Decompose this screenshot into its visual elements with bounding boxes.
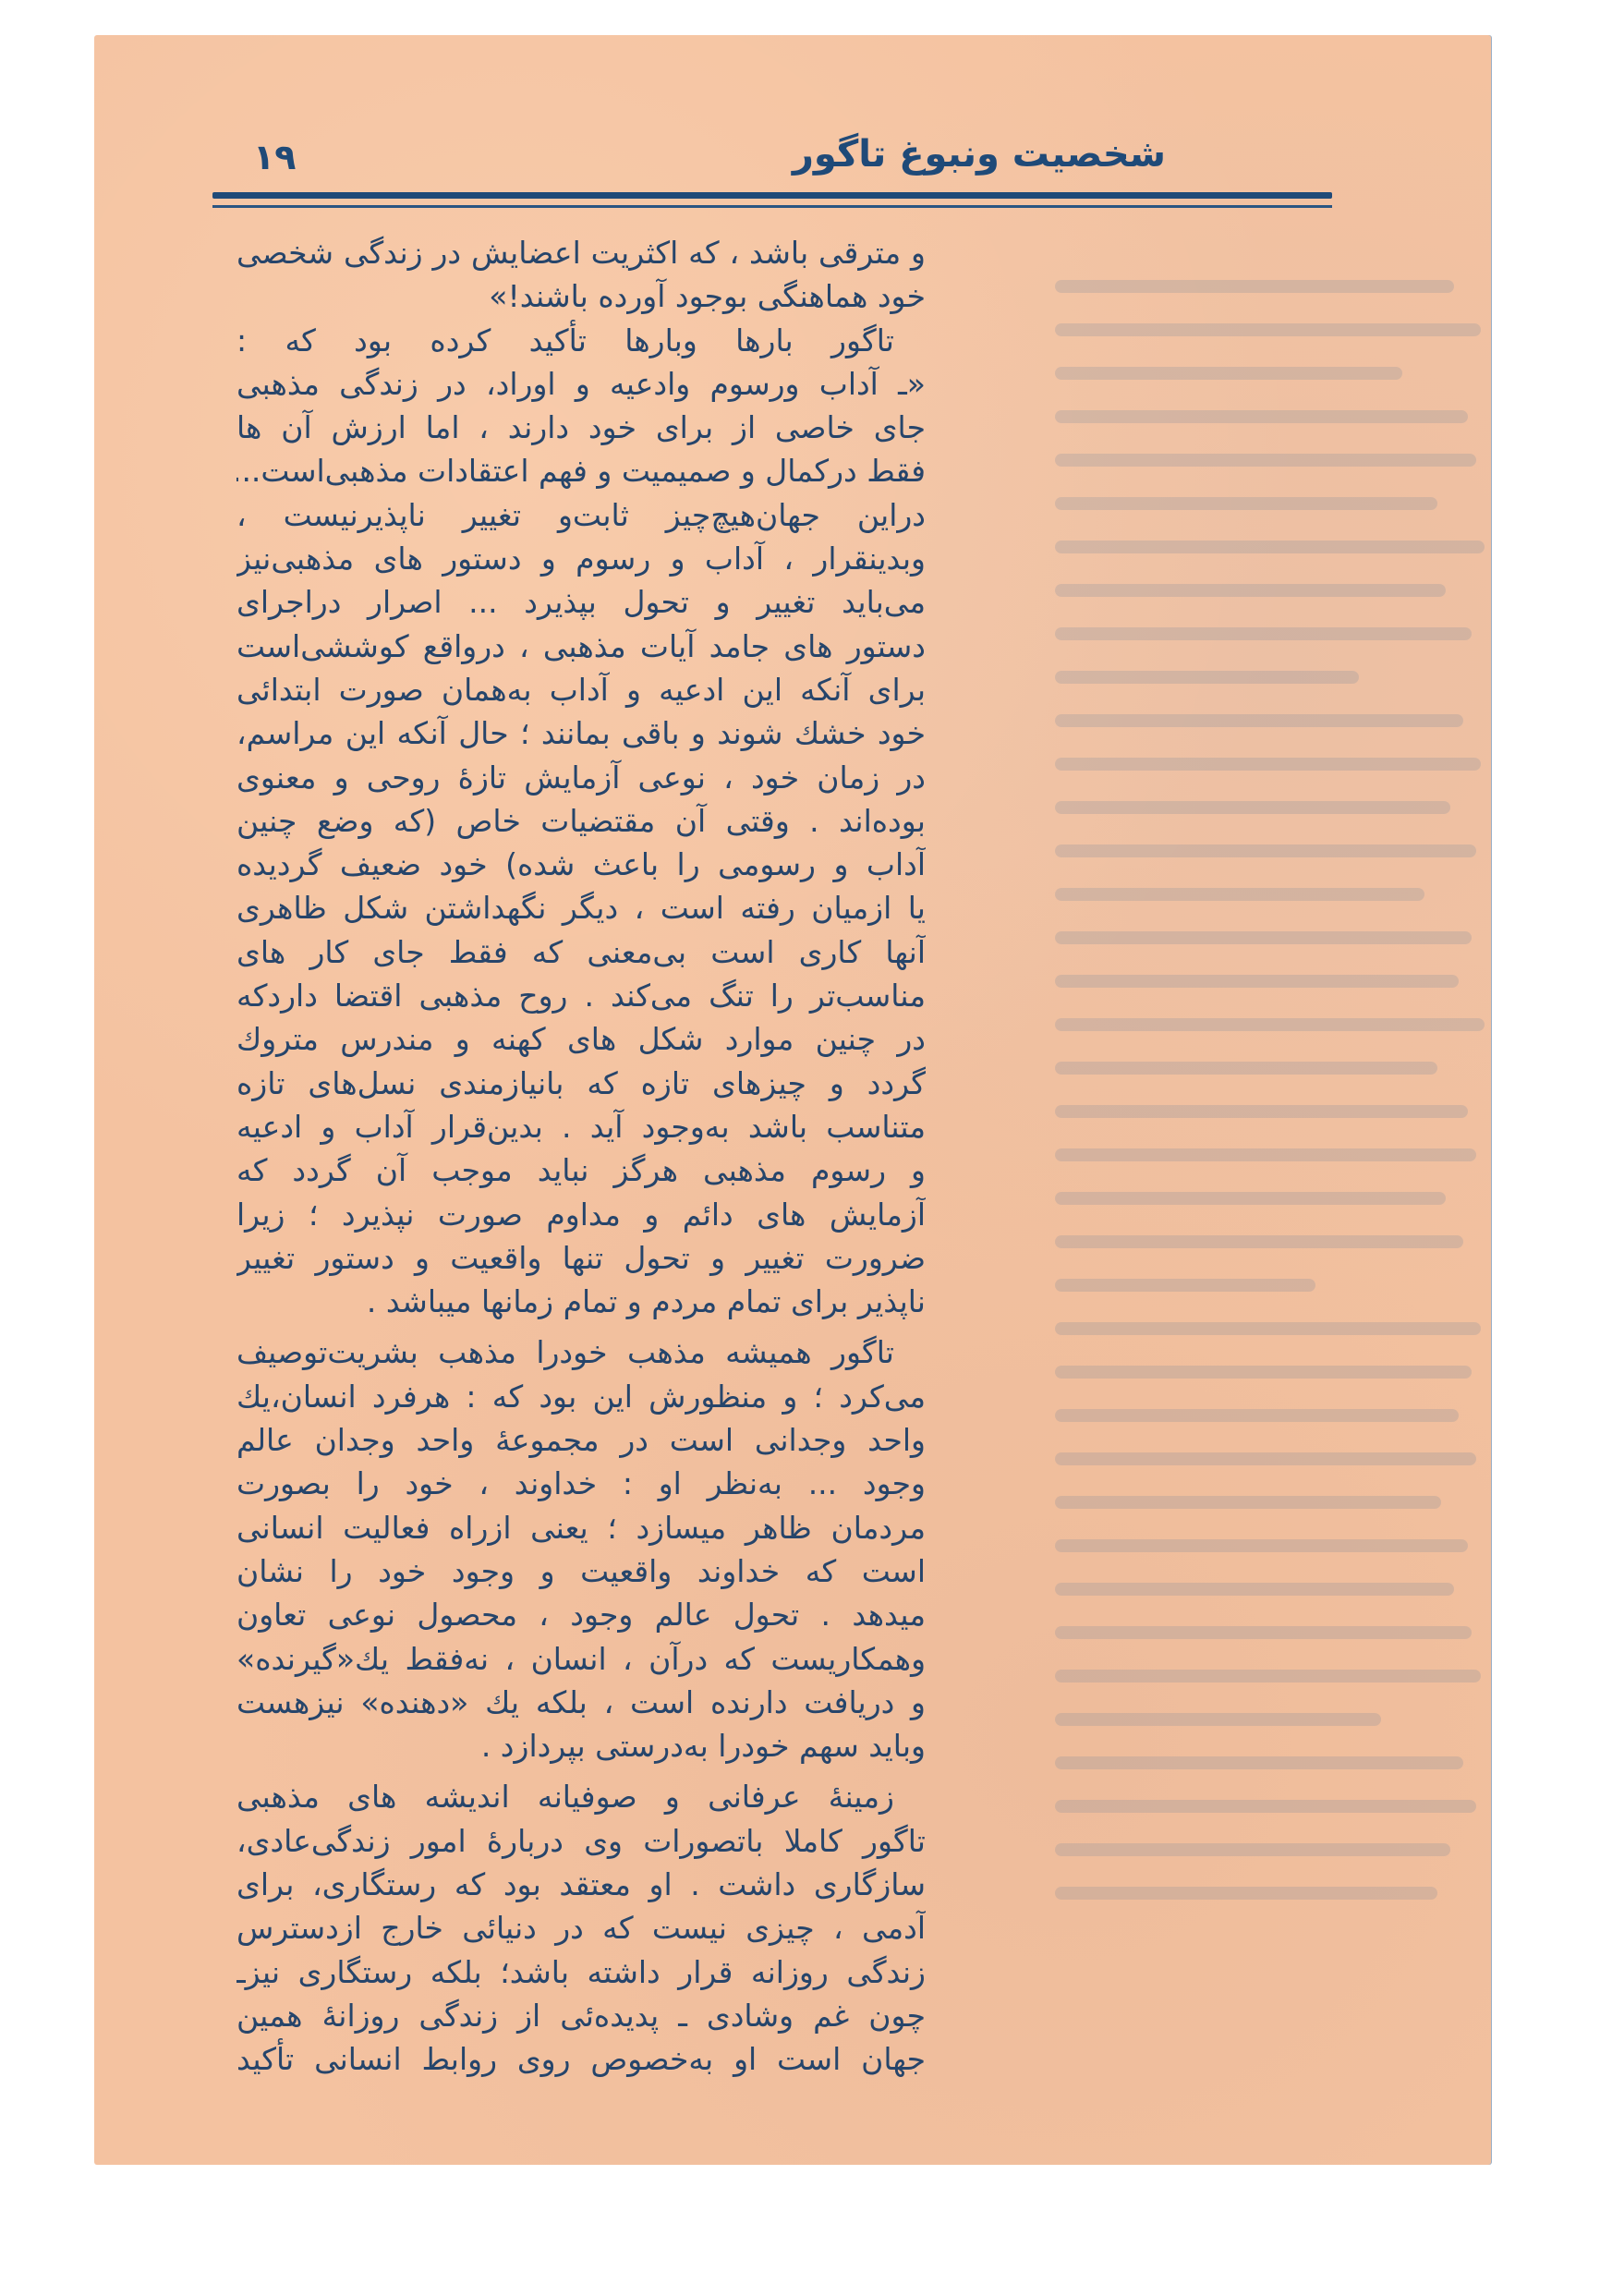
text-line: جای خاصی از برای خود دارند ، اما ارزش آن…	[236, 406, 926, 449]
page-number: ۱۹	[253, 137, 296, 177]
text-column: و مترقی باشد ، که اکثریت اعضایش در زندگی…	[236, 231, 926, 2081]
text-line: می‌کرد ؛ و منظورش این بود که : هرفرد انس…	[236, 1375, 926, 1418]
text-line: می‌باید تغییر و تحول بپذیرد ... اصرار در…	[236, 580, 926, 624]
text-line: چون غم وشادی ـ پدیده‌ئی از زندگی روزانهٔ…	[236, 1994, 926, 2037]
header-rule-thick	[212, 192, 1332, 199]
text-line: وجود ... به‌نظر او : خداوند ، خود را بصو…	[236, 1462, 926, 1505]
header-rule-thin	[212, 205, 1332, 208]
text-line: تاگور کاملا باتصورات وی دربارهٔ امور زند…	[236, 1819, 926, 1863]
text-line: و مترقی باشد ، که اکثریت اعضایش در زندگی…	[236, 231, 926, 274]
text-line: آزمایش های دائم و مداوم صورت نپذیرد ؛ زی…	[236, 1193, 926, 1236]
text-line: و رسوم مذهبی هرگز نباید موجب آن گردد که	[236, 1148, 926, 1192]
text-line: زمینهٔ عرفانی و صوفیانه اندیشه های مذهبی	[236, 1775, 926, 1818]
text-line: آداب و رسومی را باعث شده) خود ضعیف گردید…	[236, 843, 926, 886]
text-line: تاگور همیشه مذهب خودرا مذهب بشریت‌توصیف	[236, 1330, 926, 1374]
text-line: وبدینقرار ، آداب و رسوم و دستور های مذهب…	[236, 537, 926, 580]
text-line: متناسب باشد به‌وجود آید . بدین‌قرار آداب…	[236, 1105, 926, 1148]
bleed-through-text	[1055, 280, 1489, 2008]
text-line: بوده‌اند . وقتی آن مقتضیات خاص (که وضع چ…	[236, 799, 926, 843]
text-line: برای آنکه این ادعیه و آداب به‌همان صورت …	[236, 668, 926, 711]
text-line: و دریافت دارنده است ، بلکه یك «دهنده» نی…	[236, 1681, 926, 1724]
text-line: ناپذیر برای تمام مردم و تمام زمانها میبا…	[236, 1280, 926, 1323]
text-line: سازگاری داشت . او معتقد بود که رستگاری، …	[236, 1863, 926, 1906]
text-line: ضرورت تغییر و تحول تنها واقعیت و دستور ت…	[236, 1236, 926, 1280]
text-line: آنها کاری است بی‌معنی که فقط جای کار های	[236, 930, 926, 974]
text-line: مناسب‌تر را تنگ می‌کند . روح مذهبی اقتضا…	[236, 974, 926, 1017]
text-line: واحد وجدانی است در مجموعهٔ واحد وجدان عا…	[236, 1418, 926, 1462]
text-line: زندگی روزانه قرار داشته باشد؛ بلکه رستگا…	[236, 1950, 926, 1994]
text-line: خود هماهنگی بوجود آورده باشند!»	[236, 274, 926, 318]
text-line: «ـ آداب ورسوم وادعیه و اوراد، در زندگی م…	[236, 362, 926, 406]
text-line: خود خشك شوند و باقی بمانند ؛ حال آنکه ای…	[236, 711, 926, 755]
text-line: آدمی ، چیزی نیست که در دنیائی خارج ازدست…	[236, 1906, 926, 1950]
text-line: در زمان خود ، نوعی آزمایش تازهٔ روحی و م…	[236, 756, 926, 799]
page-header: ۱۹ شخصیت ونبوغ تاگور	[212, 128, 1332, 211]
text-line: است که خداوند واقعیت و وجود خود را نشان	[236, 1549, 926, 1593]
text-line: گردد و چیزهای تازه که بانیازمندی نسل‌های…	[236, 1062, 926, 1105]
text-line: یا ازمیان رفته است ، دیگر نگهداشتن شکل ظ…	[236, 886, 926, 929]
text-line: در چنین موارد شکل های کهنه و مندرس متروك	[236, 1017, 926, 1061]
text-line: میدهد . تحول عالم وجود ، محصول نوعی تعاو…	[236, 1593, 926, 1636]
text-line: دراین جهان‌هیچ‌چیز ثابت‌و تغییر ناپذیرنی…	[236, 493, 926, 537]
text-line: وباید سهم خودرا به‌درستی بپردازد .	[236, 1724, 926, 1768]
running-title: شخصیت ونبوغ تاگور	[793, 133, 1166, 176]
text-line: تاگور بارها وبارها تأکید کرده بود که :	[236, 319, 926, 362]
text-line: جهان است او به‌خصوص روی روابط انسانی تأک…	[236, 2037, 926, 2081]
text-line: فقط درکمال و صمیمیت و فهم اعتقادات مذهبی…	[236, 449, 926, 492]
text-line: مردمان ظاهر میسازد ؛ یعنی ازراه فعالیت ا…	[236, 1506, 926, 1549]
text-line: وهمکاریست که درآن ، انسان ، نه‌فقط یك«گی…	[236, 1637, 926, 1681]
text-line: دستور های جامد آیات مذهبی ، درواقع کوششی…	[236, 625, 926, 668]
